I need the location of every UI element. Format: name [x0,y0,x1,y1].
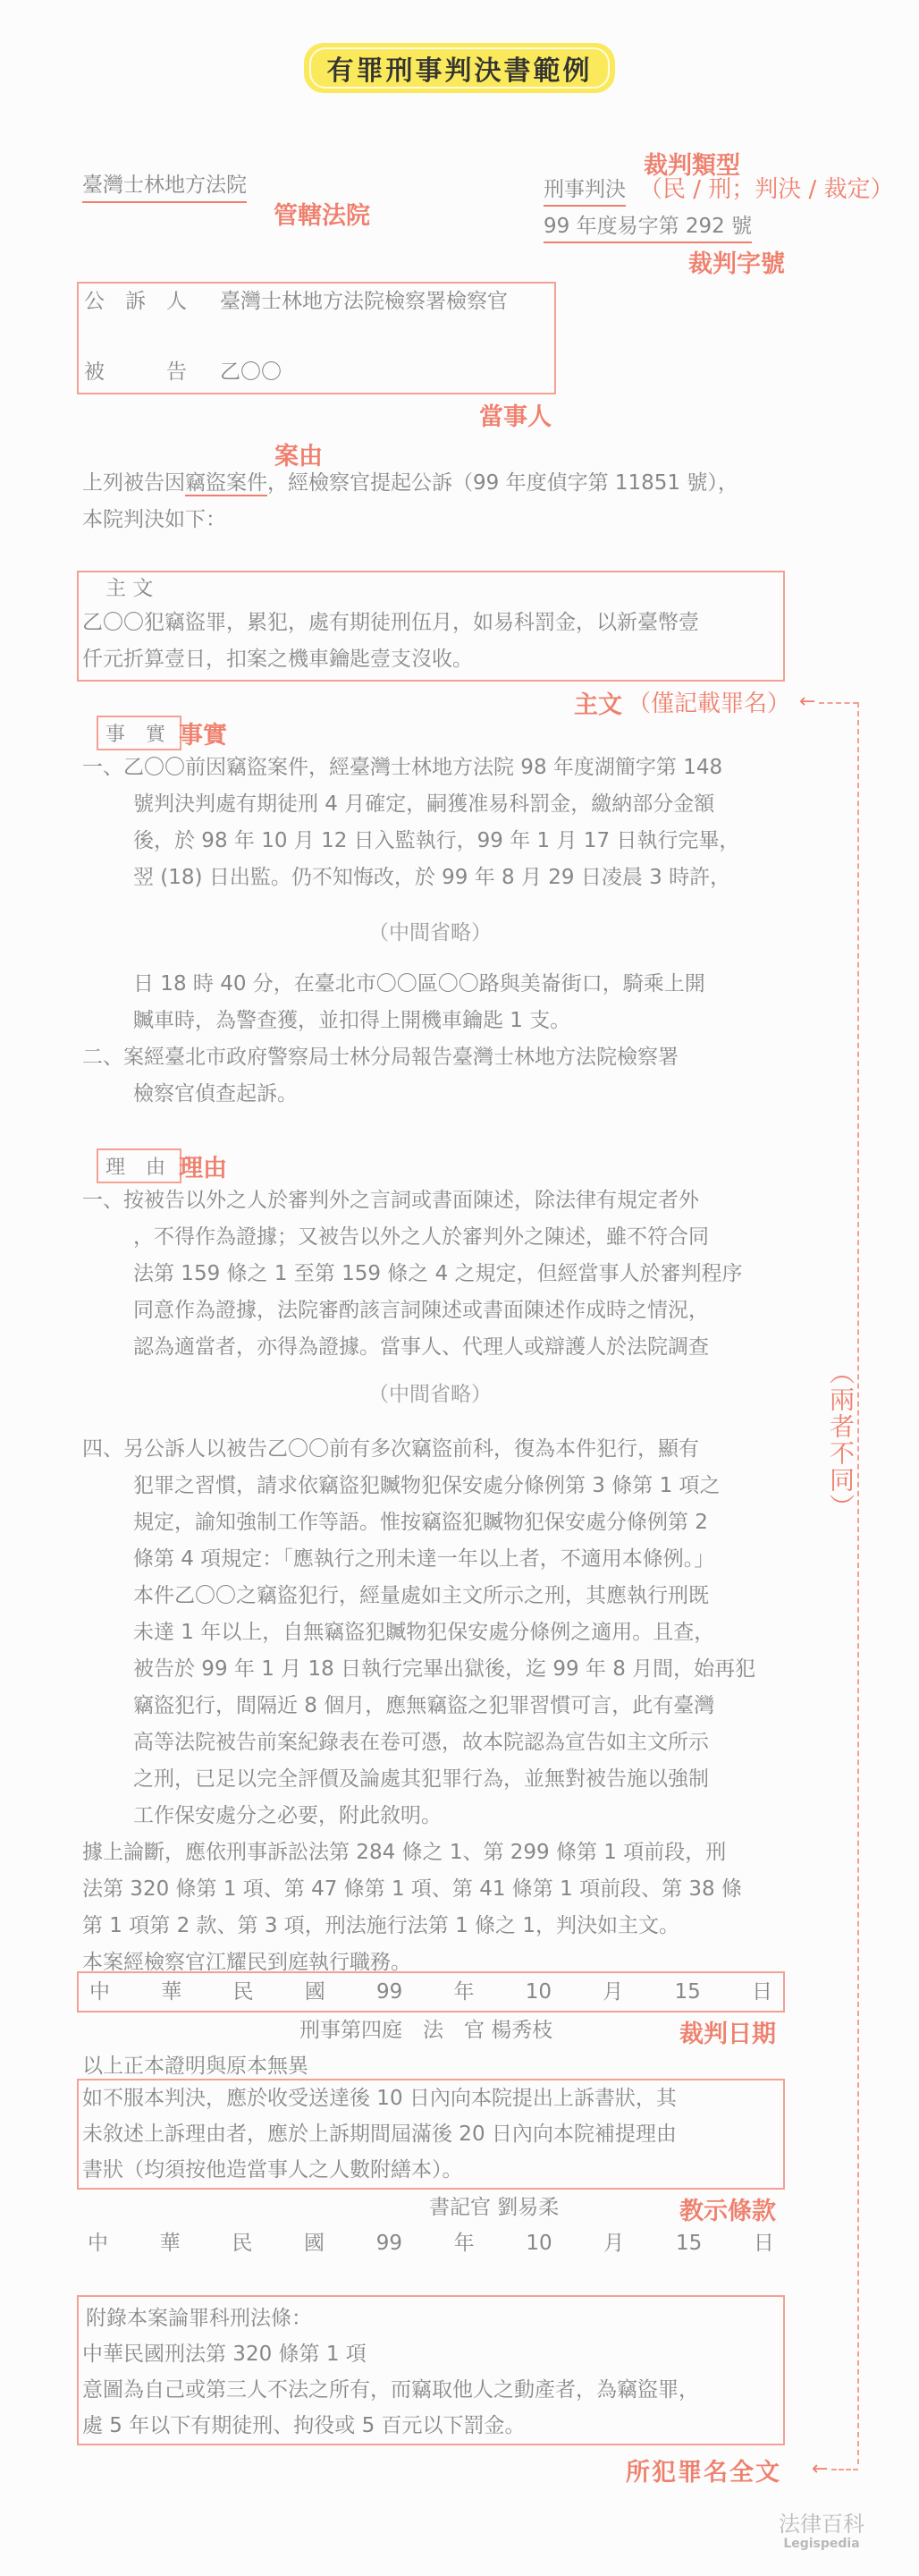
date-part: 10 [526,2225,552,2261]
facts-label: 事實 [179,716,227,750]
date-part: 華 [161,1973,181,2011]
logo-en: Legispedia [772,2537,871,2551]
reasons-label: 理由 [179,1148,227,1183]
reasons-item-1: 一、按被告以外之人於審判外之言詞或書面陳述，除法律有規定者外 ，不得作為證據；又… [82,1182,743,1366]
reasons-line: 同意作為證據，法院審酌該言詞陳述或書面陳述作成時之情況， [82,1292,743,1329]
title-banner: 有罪刑事判決書範例 [304,43,615,93]
reasons-line: 認為適當者，亦得為證據。當事人、代理人或辯護人於法院調查 [82,1329,743,1366]
date-part: 月 [603,2225,624,2261]
judgment-type-options: （民 / 刑；判決 / 裁定） [639,174,894,205]
date-part: 中 [88,2225,108,2261]
date-part: 國 [305,1973,325,2011]
reasons-line: 犯罪之習慣，請求依竊盜犯贓物犯保安處分條例第 3 條第 1 項之 [82,1468,755,1504]
prosecutor: 臺灣士林地方法院檢察署檢察官 [220,284,508,320]
facts-line: 後，於 98 年 10 月 12 日入監執行，99 年 1 月 17 日執行完畢… [82,823,739,860]
appeal-line: 如不服本判決，應於收受送達後 10 日內向本院提出上訴書狀，其 [82,2080,677,2117]
list-marker: 四、 [82,1437,123,1461]
clerk-date: 中華民國99年10月15日 [88,2225,774,2261]
legispedia-logo: 法律百科 Legispedia [772,2512,871,2551]
cause-line2: 本院判決如下： [82,502,738,538]
facts-line: 日 18 時 40 分，在臺北市〇〇區〇〇路與美崙街口，騎乘上開 [82,966,705,1003]
facts-line: 贓車時，為警查獲，並扣得上開機車鑰匙 1 支。 [82,1003,705,1039]
conclusion-line: 第 1 項第 2 款、第 3 項，刑法施行法第 1 條之 1，判決如主文。 [82,1908,755,1945]
cause-prefix: 上列被告因 [82,471,185,495]
date-part: 日 [754,2225,774,2261]
date-part: 15 [676,2225,702,2261]
facts-line: 號判決判處有期徒刑 4 月確定，嗣獲准易科罰金，繳納部分金額 [82,786,739,823]
list-marker: 二、 [82,1046,123,1069]
date-part: 民 [232,1973,253,2011]
appeal-notice-label: 教示條款 [679,2191,776,2226]
defendant-role: 被 告 [84,354,187,391]
conclusion-line: 法第 320 條第 1 項、第 47 條第 1 項、第 41 條第 1 項前段、… [82,1871,755,1908]
conclusion-line: 據上論斷，應依刑事訴訟法第 284 條之 1、第 299 條第 1 項前段，刑 [82,1835,755,1871]
facts-item-1-cont: 日 18 時 40 分，在臺北市〇〇區〇〇路與美崙街口，騎乘上開 贓車時，為警查… [82,966,705,1113]
logo-zh: 法律百科 [772,2512,871,2537]
appendix-box: 附錄本案論罪科刑法條： 中華民國刑法第 320 條第 1 項 意圖為自己或第三人… [77,2295,785,2445]
reasons-line: 被告於 99 年 1 月 18 日執行完畢出獄後，迄 99 年 8 月間，始再犯 [82,1651,755,1688]
parties-box: 公 訴 人 臺灣士林地方法院檢察署檢察官 被 告 乙〇〇 [77,282,556,394]
cause-paragraph: 上列被告因竊盜案件，經檢察官提起公訴（99 年度偵字第 11851 號）， 本院… [82,465,738,538]
date-part: 年 [453,1973,474,2011]
case-number: 99 年度易字第 292 號 [544,211,752,243]
court-label: 管轄法院 [274,196,370,231]
reasons-line: ，不得作為證據；又被告以外之人於審判外之陳述，雖不符合同 [82,1219,743,1256]
reasons-line: 竊盜犯行，間隔近 8 個月，應無竊盜之犯罪習慣可言，此有臺灣 [82,1688,755,1724]
reasons-line: 高等法院被告前案紀錄表在卷可憑，故本院認為宣告如主文所示 [82,1724,755,1761]
date-part: 10 [526,1973,552,2011]
appendix-heading: 附錄本案論罪科刑法條： [86,2301,312,2337]
page-title: 有罪刑事判決書範例 [309,47,610,89]
date-part: 月 [603,1973,623,2011]
reasons-heading: 理 由 [97,1148,181,1183]
date-part: 國 [304,2225,325,2261]
date-part: 中 [89,1973,110,2011]
date-part: 日 [752,1973,772,2011]
date-part: 99 [376,1973,402,2011]
list-marker: 一、 [82,756,123,779]
defendant: 乙〇〇 [220,354,282,391]
main-text-heading: 主 文 [105,572,153,605]
facts-item-1: 一、乙〇〇前因竊盜案件，經臺灣士林地方法院 98 年度湖簡字第 148 號判決判… [82,750,739,896]
main-text-box: 主 文 乙〇〇犯竊盜罪，累犯，處有期徒刑伍月，如易科罰金，以新臺幣壹 仟元折算壹… [77,571,785,682]
judgment-date: 中華民國99年10月15日 [89,1973,772,2011]
reasons-line: 工作保安處分之必要，附此敘明。 [82,1798,755,1835]
prosecutor-role: 公 訴 人 [84,284,187,320]
side-note-different: （兩者不同） [822,1360,858,1521]
reasons-line: 法第 159 條之 1 至第 159 條之 4 之規定，但經當事人於審判程序 [82,1256,743,1292]
date-part: 華 [160,2225,181,2261]
cause-case: 竊盜案件 [185,471,267,496]
reasons-line: 之刑，已足以完全評價及論處其犯罪行為，並無對被告施以強制 [82,1761,755,1798]
appendix-line: 中華民國刑法第 320 條第 1 項 [82,2336,367,2373]
facts-line: 檢察官偵查起訴。 [82,1076,705,1113]
main-text-label-note: （僅記載罪名） [628,685,790,718]
reasons-line: 條第 4 項規定：「應執行之刑未達一年以上者，不適用本條例。」 [82,1541,755,1578]
date-part: 民 [232,2225,252,2261]
omitted-note: （中間省略） [368,916,492,945]
omitted-note: （中間省略） [368,1377,492,1407]
reasons-line: 規定，諭知強制工作等語。惟按竊盜犯贓物犯保安處分條例第 2 [82,1504,755,1541]
list-marker: 一、 [82,1189,123,1212]
main-text-line-2: 仟元折算壹日，扣案之機車鑰匙壹支沒收。 [82,641,473,678]
appendix-line: 意圖為自己或第三人不法之所有，而竊取他人之動產者，為竊盜罪， [82,2372,699,2409]
date-part: 年 [454,2225,475,2261]
judge: 刑事第四庭 法 官 楊秀枝 [299,2012,552,2049]
main-text-line-1: 乙〇〇犯竊盜罪，累犯，處有期徒刑伍月，如易科罰金，以新臺幣壹 [82,605,699,641]
facts-line: 翌 (18) 日出監。仍不知悔改，於 99 年 8 月 29 日凌晨 3 時許， [82,860,739,896]
cause-suffix: ，經檢察官提起公訴（99 年度偵字第 11851 號）， [267,471,738,495]
reasons-line: 按被告以外之人於審判外之言詞或書面陳述，除法律有規定者外 [123,1189,699,1212]
judgment-date-label: 裁判日期 [679,2014,776,2049]
judgment-type: 刑事判決 [544,174,626,207]
arrow-left-icon: ← [799,692,815,712]
main-text-label: 主文 [574,685,622,720]
reasons-line: 未達 1 年以上，自無竊盜犯贓物犯保安處分條例之適用。且查， [82,1614,755,1651]
arrow-left-icon: ← [812,2460,828,2479]
appeal-line: 未敘述上訴理由者，應於上訴期間屆滿後 20 日內向本院補提理由 [82,2116,677,2153]
facts-heading: 事 實 [97,716,181,750]
appendix-label: 所犯罪名全文 [626,2453,781,2487]
case-number-label: 裁判字號 [688,244,785,279]
appeal-line: 書狀（均須按他造當事人之人數附繕本）。 [82,2152,463,2189]
date-part: 15 [674,1973,700,2011]
reasons-line: 另公訴人以被告乙〇〇前有多次竊盜前科，復為本件犯行，顯有 [123,1437,699,1461]
date-part: 99 [376,2225,402,2261]
parties-label: 當事人 [479,397,552,432]
appendix-line: 處 5 年以下有期徒刑、拘役或 5 百元以下罰金。 [82,2408,526,2445]
reasons-item-4: 四、另公訴人以被告乙〇〇前有多次竊盜前科，復為本件犯行，顯有 犯罪之習慣，請求依… [82,1431,755,1981]
court-name: 臺灣士林地方法院 [82,169,247,203]
clerk: 書記官 劉易柔 [429,2190,559,2226]
judgment-date-box: 中華民國99年10月15日 [77,1971,785,2012]
dashed-bracket-line [857,702,859,2464]
facts-line: 案經臺北市政府警察局士林分局報告臺灣士林地方法院檢察署 [123,1046,679,1069]
dashed-connector [831,2469,858,2470]
appeal-notice-box: 如不服本判決，應於收受送達後 10 日內向本院提出上訴書狀，其 未敘述上訴理由者… [77,2079,785,2190]
dashed-connector [819,702,858,704]
facts-line: 乙〇〇前因竊盜案件，經臺灣士林地方法院 98 年度湖簡字第 148 [123,756,722,779]
reasons-line: 本件乙〇〇之竊盜犯行，經量處如主文所示之刑，其應執行刑既 [82,1578,755,1614]
